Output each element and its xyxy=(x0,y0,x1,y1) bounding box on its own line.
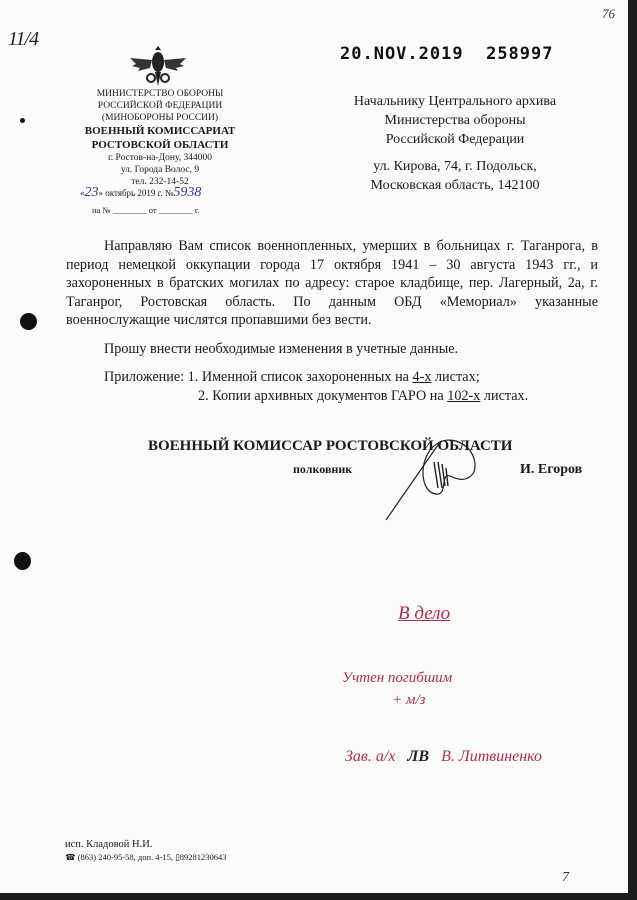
ink-speck xyxy=(20,118,25,123)
handwritten-signature-icon xyxy=(378,432,498,522)
addressee-block: Начальнику Центрального архива Министерс… xyxy=(330,92,580,195)
paragraph-request: Прошу внести необходимые изменения в уче… xyxy=(66,340,598,359)
attachment-2: 2. Копии архивных документов ГАРО на 102… xyxy=(66,387,598,406)
resolution-note: Учтен погибшим xyxy=(342,670,452,687)
attachment-text: 1. Именной список захороненных на xyxy=(184,369,412,385)
addressee-line: Российской Федерации xyxy=(330,130,580,149)
document-page: 11/4 76 МИНИСТЕРСТВО ОБОРОНЫ РОССИЙСКОЙ … xyxy=(0,0,628,893)
executor-name: исп. Кладовой Н.И. xyxy=(65,838,227,851)
executor-block: исп. Кладовой Н.И. ☎ (863) 240-95-58, до… xyxy=(65,838,227,864)
punch-hole-mark xyxy=(20,313,37,330)
resolution-signoff: Зав. а/хЛВВ. Литвиненко xyxy=(345,748,542,766)
attachment-text: листах. xyxy=(480,388,528,404)
sender-org: РОСТОВСКОЙ ОБЛАСТИ xyxy=(50,138,270,152)
attachment-label: Приложение: xyxy=(104,369,184,385)
attachment-count: 102-х xyxy=(447,388,480,404)
executor-phone: ☎ (863) 240-95-58, доп. 4-15, ▯892812306… xyxy=(65,851,227,864)
registration-stamp: 20.NOV.2019 258997 xyxy=(340,44,554,64)
addressee-line: Начальнику Центрального архива xyxy=(330,92,580,111)
scan-border-right xyxy=(628,0,637,900)
signatory-rank: полковник xyxy=(293,462,352,477)
attachment-text: 2. Копии архивных документов ГАРО на xyxy=(198,388,447,404)
addressee-address: ул. Кирова, 74, г. Подольск, xyxy=(330,157,580,176)
outgoing-number: 5938 xyxy=(173,185,201,200)
page-number: 76 xyxy=(602,6,615,22)
scan-border-bottom xyxy=(0,893,637,900)
resolution-initials: ЛВ xyxy=(407,748,429,765)
sender-line: МИНИСТЕРСТВО ОБОРОНЫ xyxy=(50,88,270,100)
attachment-text: листах; xyxy=(431,369,479,385)
signatory-name: И. Егоров xyxy=(520,462,582,478)
sender-line: РОССИЙСКОЙ ФЕДЕРАЦИИ xyxy=(50,100,270,112)
reference-line: на № ________ от ________ г. xyxy=(92,205,200,215)
addressee-line: Министерства обороны xyxy=(330,111,580,130)
attachment-count: 4-х xyxy=(413,369,432,385)
resolution-note-2: + м/з xyxy=(392,692,425,709)
date-rest: » октябрь 2019 г. № xyxy=(99,188,174,198)
margin-note-top-left: 11/4 xyxy=(8,28,38,51)
margin-note-bottom-right: 7 xyxy=(562,870,569,886)
punch-hole-mark xyxy=(14,552,31,570)
resolution-position: Зав. а/х xyxy=(345,748,395,765)
addressee-address: Московская область, 142100 xyxy=(330,176,580,195)
sender-line: (МИНОБОРОНЫ РОССИИ) xyxy=(50,112,270,124)
attachment-1: Приложение: 1. Именной список захороненн… xyxy=(66,368,598,387)
sender-address: ул. Города Волос, 9 xyxy=(50,164,270,176)
paragraph-main: Направляю Вам список военнопленных, умер… xyxy=(66,237,598,330)
eagle-emblem-icon xyxy=(128,40,188,90)
outgoing-date: «23» октябрь 2019 г. №5938 xyxy=(80,185,280,201)
resolution-name: В. Литвиненко xyxy=(441,748,542,765)
date-day: 23 xyxy=(85,185,99,200)
resolution-to-file: В дело xyxy=(398,603,450,625)
sender-block: МИНИСТЕРСТВО ОБОРОНЫ РОССИЙСКОЙ ФЕДЕРАЦИ… xyxy=(50,88,270,188)
stamp-date: 20.NOV.2019 xyxy=(340,44,464,64)
letter-body: Направляю Вам список военнопленных, умер… xyxy=(66,237,598,405)
sender-address: г. Ростов-на-Дону, 344000 xyxy=(50,152,270,164)
stamp-number: 258997 xyxy=(486,44,553,64)
sender-org: ВОЕННЫЙ КОМИССАРИАТ xyxy=(50,124,270,138)
